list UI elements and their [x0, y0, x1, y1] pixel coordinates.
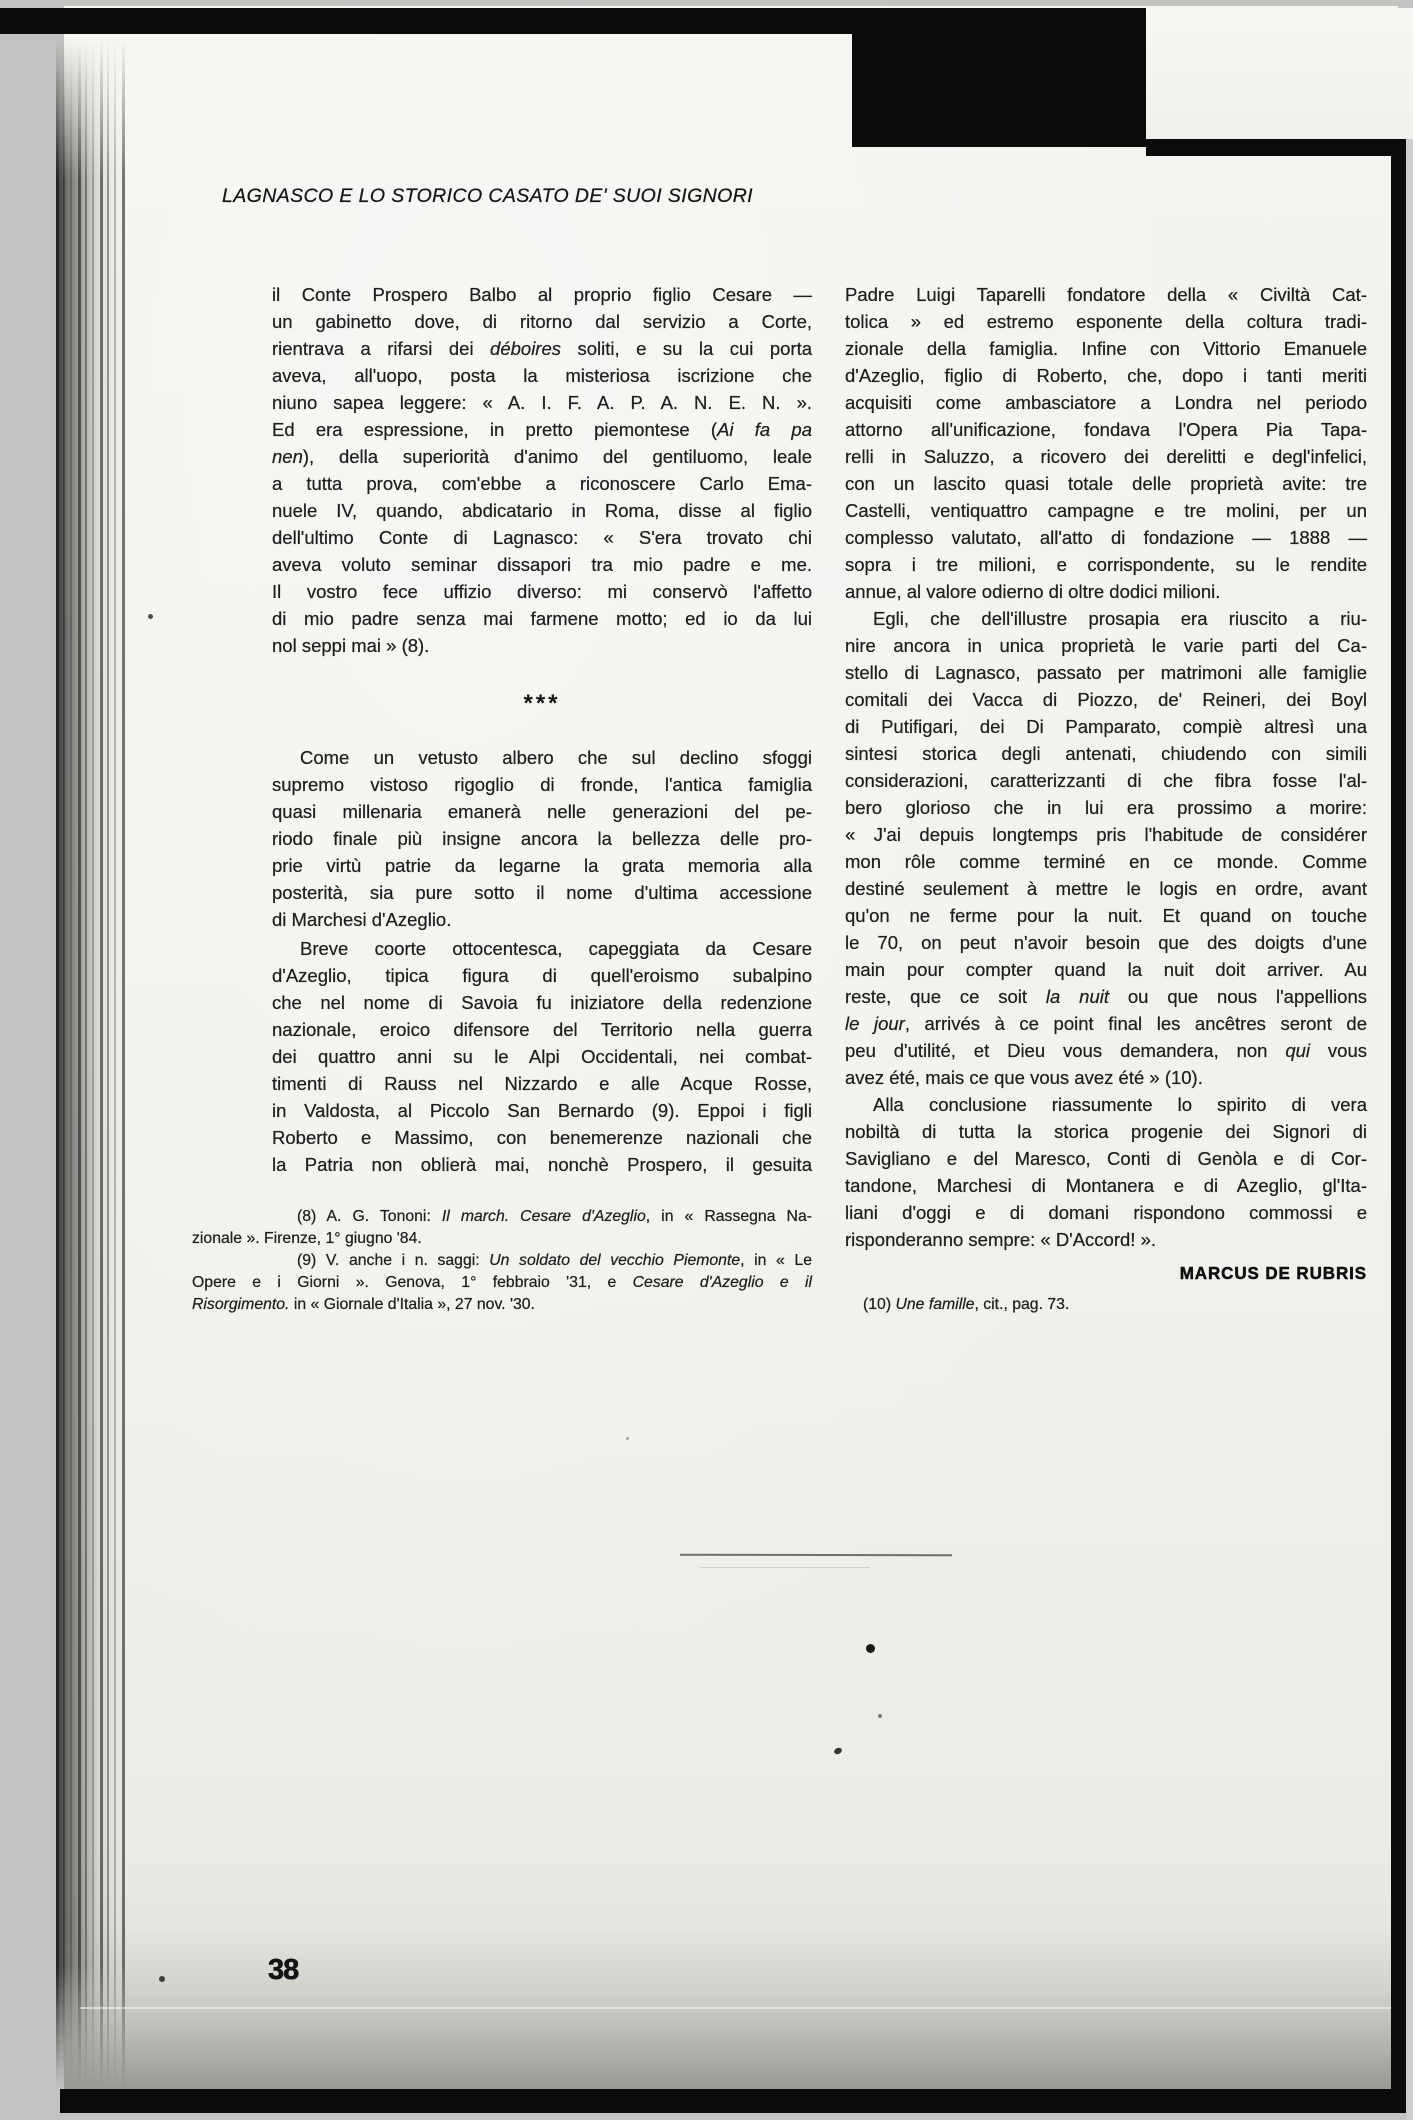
text-line: (8) A. G. Tononi: Il march. Cesare d'Aze… [192, 1206, 812, 1228]
text-line: Alla conclusione riassumente lo spirito … [845, 1091, 1367, 1118]
scanned-book-page: LAGNASCO E LO STORICO CASATO DE' SUOI SI… [0, 0, 1413, 2120]
text-line: destiné seulement à mettre le logis en o… [845, 875, 1367, 902]
text-line: qu'on ne ferme pour la nuit. Et quand on… [845, 902, 1367, 929]
paragraph: Padre Luigi Taparelli fondatore della « … [845, 281, 1367, 605]
text-line: nazionale, eroico difensore del Territor… [272, 1016, 812, 1043]
text-line: timenti di Rauss nel Nizzardo e alle Acq… [272, 1070, 812, 1097]
text-line: in Valdosta, al Piccolo San Bernardo (9)… [272, 1097, 812, 1124]
text-line: d'Azeglio, tipica figura di quell'eroism… [272, 962, 812, 989]
text-line: relli in Saluzzo, a ricovero dei derelit… [845, 443, 1367, 470]
section-separator: *** [272, 690, 812, 717]
scan-corner-line [1146, 139, 1406, 156]
text-line: nuele IV, quando, abdicatario in Roma, d… [272, 497, 812, 524]
scan-speck [878, 1714, 882, 1718]
text-line: Come un vetusto albero che sul declino s… [272, 744, 812, 771]
text-line: d'Azeglio, figlio di Roberto, che, dopo … [845, 362, 1367, 389]
paragraph: Egli, che dell'illustre prosapia era riu… [845, 605, 1367, 1091]
scan-speck [159, 1976, 165, 1982]
text-line: un gabinetto dove, di ritorno dal serviz… [272, 308, 812, 335]
scan-bottom-edge [60, 2089, 1406, 2113]
text-line: Padre Luigi Taparelli fondatore della « … [845, 281, 1367, 308]
text-line: attorno all'unificazione, fondava l'Oper… [845, 416, 1367, 443]
text-line: peu d'utilité, et Dieu vous demandera, n… [845, 1037, 1367, 1064]
text-line: sopra i tre milioni, e corrispondente, s… [845, 551, 1367, 578]
column2-paragraph-1: Padre Luigi Taparelli fondatore della « … [845, 281, 1367, 605]
text-line: main pour compter quand la nuit doit arr… [845, 956, 1367, 983]
text-line: rientrava a rifarsi dei déboires soliti,… [272, 335, 812, 362]
column1-paragraph-1: il Conte Prospero Balbo al proprio figli… [272, 281, 812, 659]
text-line: di Marchesi d'Azeglio. [272, 906, 812, 933]
text-line: Savigliano e del Maresco, Conti di Genòl… [845, 1145, 1367, 1172]
paragraph: (9) V. anche i n. saggi: Un soldato del … [192, 1250, 812, 1316]
text-line: Il vostro fece uffizio diverso: mi conse… [272, 578, 812, 605]
text-line: riodo finale più insigne ancora la belle… [272, 825, 812, 852]
column1-paragraph-2: Come un vetusto albero che sul declino s… [272, 744, 812, 933]
text-line: che nel nome di Savoia fu iniziatore del… [272, 989, 812, 1016]
text-line: zionale ». Firenze, 1° giugno '84. [192, 1228, 812, 1250]
text-line: mon rôle comme terminé en ce monde. Comm… [845, 848, 1367, 875]
column1-footnotes: (8) A. G. Tononi: Il march. Cesare d'Aze… [192, 1206, 812, 1316]
text-line: Castelli, ventiquattro campagne e tre mo… [845, 497, 1367, 524]
author-byline: MARCUS DE RUBRIS [845, 1264, 1367, 1285]
text-line: supremo vistoso rigoglio di fronde, l'an… [272, 771, 812, 798]
paragraph: il Conte Prospero Balbo al proprio figli… [272, 281, 812, 659]
text-line: posterità, sia pure sotto il nome d'ulti… [272, 879, 812, 906]
scan-speck [866, 1644, 875, 1653]
scan-top-right-corner [1146, 8, 1413, 141]
text-line: zionale della famiglia. Infine con Vitto… [845, 335, 1367, 362]
text-line: a tutta prova, com'ebbe a riconoscere Ca… [272, 470, 812, 497]
text-line: Risorgimento. in « Giornale d'Italia », … [192, 1294, 812, 1316]
text-line: risponderanno sempre: « D'Accord! ». [845, 1226, 1367, 1253]
text-line: tolica » ed estremo esponente della colt… [845, 308, 1367, 335]
scan-right-edge [1391, 139, 1406, 2113]
text-line: comitali dei Vacca di Piozzo, de' Reiner… [845, 686, 1367, 713]
text-line: considerazioni, caratterizzanti di che f… [845, 767, 1367, 794]
text-line: tandone, Marchesi di Montanera e di Azeg… [845, 1172, 1367, 1199]
scan-scratch-line-faint [700, 1567, 870, 1568]
paragraph: Come un vetusto albero che sul declino s… [272, 744, 812, 933]
scan-right-margin [1406, 139, 1413, 2120]
page-number: 38 [268, 1954, 298, 1987]
text-line: avez été, mais ce que vous avez été » (1… [845, 1064, 1367, 1091]
text-line: aveva, all'uopo, posta la misteriosa isc… [272, 362, 812, 389]
text-line: la Patria non oblierà mai, nonchè Prospe… [272, 1151, 812, 1178]
text-line: il Conte Prospero Balbo al proprio figli… [272, 281, 812, 308]
text-line: reste, que ce soit la nuit ou que nous l… [845, 983, 1367, 1010]
column2-paragraph-3: Alla conclusione riassumente lo spirito … [845, 1091, 1367, 1253]
scan-top-black-block [852, 8, 1146, 147]
text-line: di mio padre senza mai farmene motto; ed… [272, 605, 812, 632]
scan-speck [148, 614, 153, 619]
text-line: nol seppi mai » (8). [272, 632, 812, 659]
column2-footnote: (10) Une famille, cit., pag. 73. [845, 1294, 1367, 1316]
paragraph: Alla conclusione riassumente lo spirito … [845, 1091, 1367, 1253]
text-line: Ed era espressione, in pretto piemontese… [272, 416, 812, 443]
text-line: con un lascito quasi totale delle propri… [845, 470, 1367, 497]
text-line: annue, al valore odierno di oltre dodici… [845, 578, 1367, 605]
book-gutter-shadow [56, 40, 126, 2089]
text-line: sintesi storica degli antenati, chiudend… [845, 740, 1367, 767]
text-line: (9) V. anche i n. saggi: Un soldato del … [192, 1250, 812, 1272]
text-line: Breve coorte ottocentesca, capeggiata da… [272, 935, 812, 962]
text-line: dei quattro anni su le Alpi Occidentali,… [272, 1043, 812, 1070]
text-line: dell'ultimo Conte di Lagnasco: « S'era t… [272, 524, 812, 551]
scan-fold-line [80, 2007, 1391, 2009]
running-head: LAGNASCO E LO STORICO CASATO DE' SUOI SI… [222, 185, 753, 208]
text-line: quasi millenaria emanerà nelle generazio… [272, 798, 812, 825]
column1-paragraph-3: Breve coorte ottocentesca, capeggiata da… [272, 935, 812, 1178]
text-line: stello di Lagnasco, passato per matrimon… [845, 659, 1367, 686]
text-line: Opere e i Giorni ». Genova, 1° febbraio … [192, 1272, 812, 1294]
text-line: liani d'oggi e di domani rispondono comm… [845, 1199, 1367, 1226]
text-line: le jour, arrivés à ce point final les an… [845, 1010, 1367, 1037]
text-line: di Putifigari, dei Di Pamparato, compiè … [845, 713, 1367, 740]
column2-paragraph-2: Egli, che dell'illustre prosapia era riu… [845, 605, 1367, 1091]
text-line: (10) Une famille, cit., pag. 73. [845, 1294, 1367, 1316]
text-line: bero glorioso che in lui era prossimo a … [845, 794, 1367, 821]
text-line: acquisiti come ambasciatore a Londra nel… [845, 389, 1367, 416]
text-line: prie virtù patrie da legarne la grata me… [272, 852, 812, 879]
paragraph: (10) Une famille, cit., pag. 73. [845, 1294, 1367, 1316]
scan-speck [626, 1437, 629, 1440]
text-line: niuno sapea leggere: « A. I. F. A. P. A.… [272, 389, 812, 416]
text-line: nire ancora in unica proprietà le varie … [845, 632, 1367, 659]
paragraph: (8) A. G. Tononi: Il march. Cesare d'Aze… [192, 1206, 812, 1250]
text-line: le 70, on peut n'avoir besoin que des do… [845, 929, 1367, 956]
text-line: Roberto e Massimo, con benemerenze nazio… [272, 1124, 812, 1151]
scan-top-bar [0, 8, 858, 34]
text-line: nen), della superiorità d'animo del gent… [272, 443, 812, 470]
text-line: Egli, che dell'illustre prosapia era riu… [845, 605, 1367, 632]
paragraph: Breve coorte ottocentesca, capeggiata da… [272, 935, 812, 1178]
text-line: nobiltà di tutta la storica progenie dei… [845, 1118, 1367, 1145]
text-line: complesso valutato, all'atto di fondazio… [845, 524, 1367, 551]
text-line: aveva voluto seminar dissapori tra mio p… [272, 551, 812, 578]
text-line: « J'ai depuis longtemps pris l'habitude … [845, 821, 1367, 848]
